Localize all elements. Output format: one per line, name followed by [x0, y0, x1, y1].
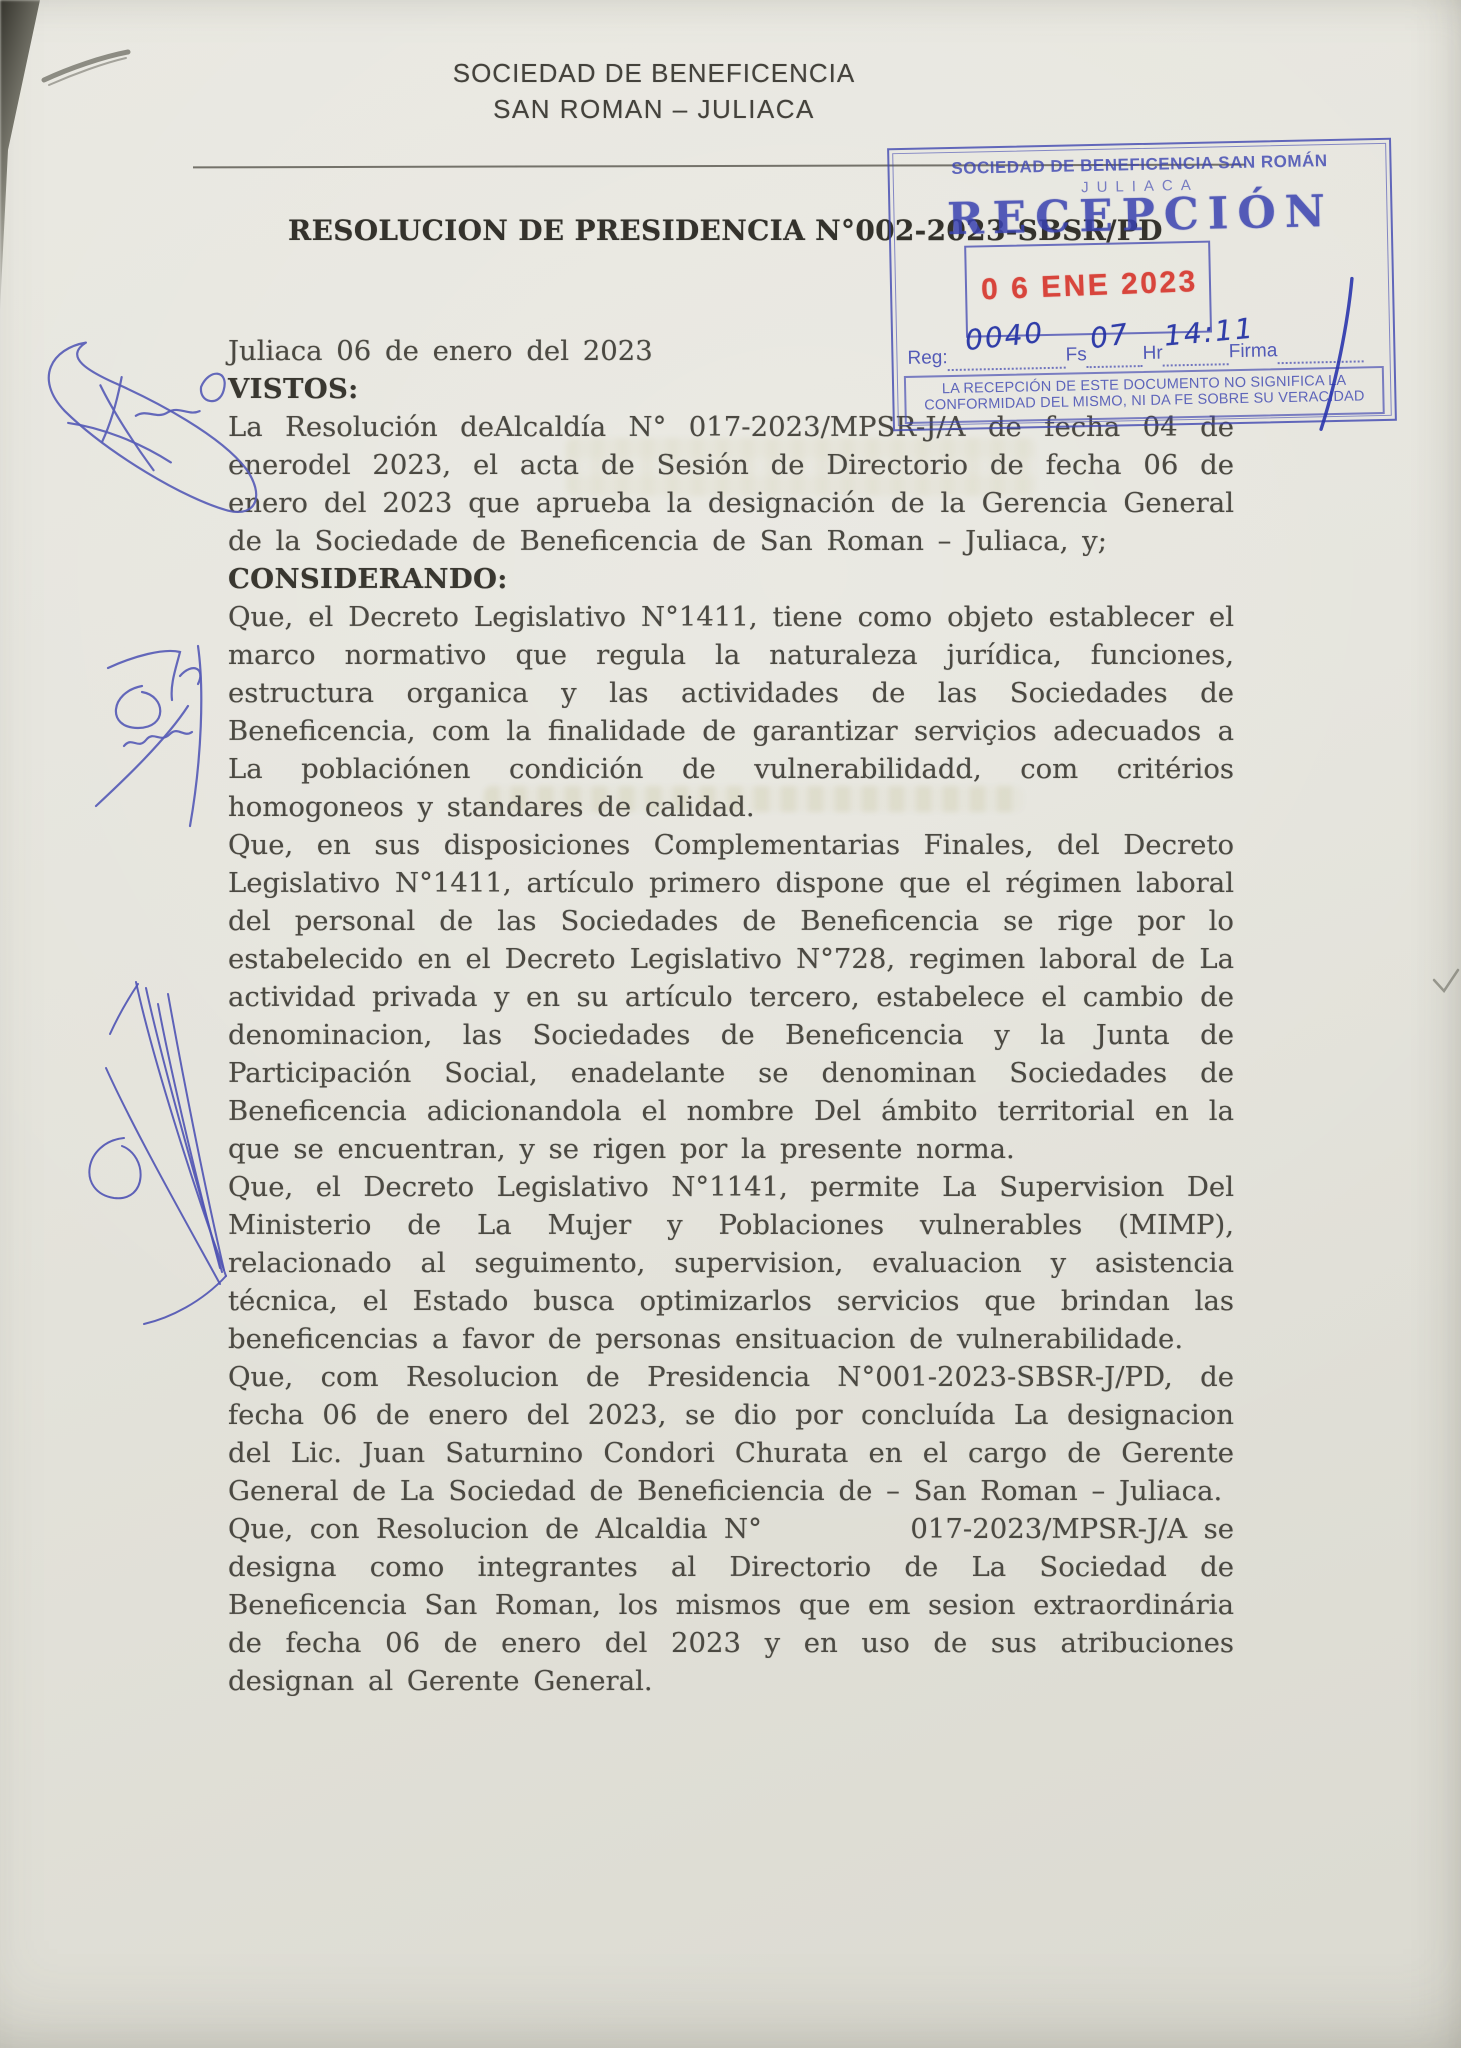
stamp-disclaimer: LA RECEPCIÓN DE ESTE DOCUMENTO NO SIGNIF…	[904, 366, 1385, 424]
considerando-heading: CONSIDERANDO:	[228, 560, 1234, 598]
considerando-paragraph-4: Que, com Resolucion de Presidencia N°001…	[228, 1358, 1234, 1510]
stamp-reg-label: Reg:	[907, 345, 948, 372]
margin-signature-1	[10, 320, 260, 555]
fs-dotted-leader: 07	[1087, 345, 1143, 368]
considerando-paragraph-2: Que, en sus disposiciones Complementaria…	[228, 826, 1234, 1168]
hr-dotted-leader: 14:11	[1163, 343, 1229, 366]
reception-stamp: SOCIEDAD DE BENEFICENCIA SAN ROMÁN JULIA…	[887, 138, 1397, 431]
stamp-fs-label: Fs	[1065, 342, 1087, 368]
vistos-paragraph: La Resolución deAlcaldía N° 017-2023/MPS…	[228, 408, 1234, 560]
stamp-date: 0 6 ENE 2023	[980, 265, 1209, 308]
handwritten-reg-number: 0040	[964, 320, 1046, 354]
considerando-paragraph-3: Que, el Decreto Legislativo N°1141, perm…	[228, 1168, 1234, 1358]
document-body: Juliaca 06 de enero del 2023 VISTOS: La …	[228, 332, 1234, 1700]
scanned-document-page: SOCIEDAD DE BENEFICENCIA SAN ROMAN – JUL…	[0, 0, 1461, 2048]
margin-signature-3	[40, 970, 240, 1340]
staple-mark	[40, 44, 132, 92]
handwritten-time: 14:11	[1163, 316, 1256, 350]
stamp-recepcion-word: RECEPCIÓN	[890, 186, 1391, 246]
reg-dotted-leader: 0040	[947, 347, 1065, 371]
considerando-paragraph-1: Que, el Decreto Legislativo N°1411, tien…	[228, 598, 1234, 826]
letterhead-line1: SOCIEDAD DE BENEFICENCIA	[404, 58, 904, 89]
letterhead-line2: SAN ROMAN – JULIACA	[404, 94, 904, 125]
edge-pen-mark	[1430, 966, 1461, 996]
margin-signature-2	[80, 628, 230, 843]
handwritten-firma-slash	[1312, 274, 1361, 433]
handwritten-fs-number: 07	[1089, 321, 1132, 352]
stamp-hr-label: Hr	[1142, 341, 1163, 367]
letterhead: SOCIEDAD DE BENEFICENCIA SAN ROMAN – JUL…	[404, 58, 904, 125]
considerando-paragraph-5: Que, con Resolucion de Alcaldia N° 017-2…	[228, 1510, 1234, 1700]
